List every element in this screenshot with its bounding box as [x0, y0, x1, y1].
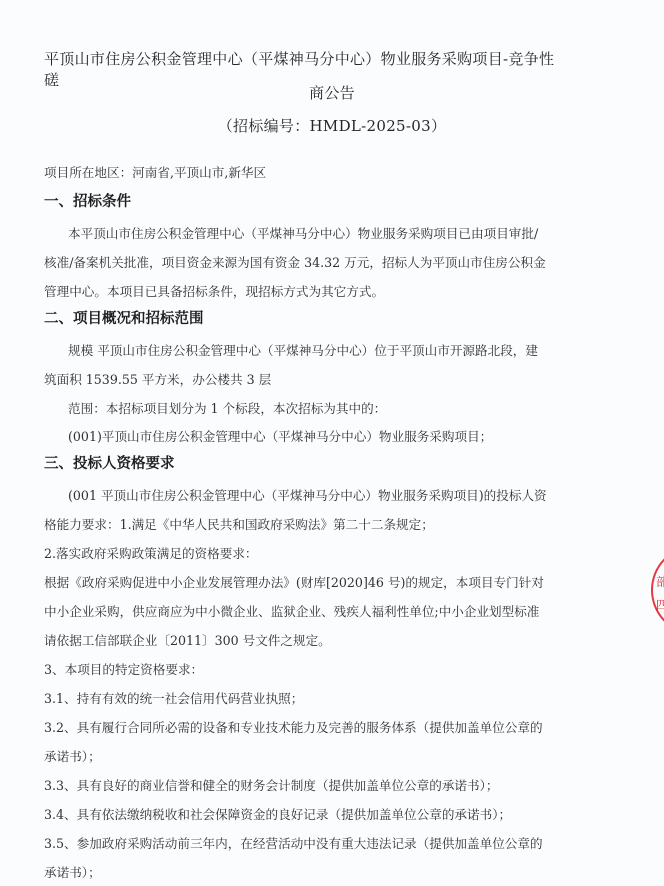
section-3-line: 承诺书）；: [44, 862, 101, 881]
stamp-char: 部: [656, 573, 664, 590]
document-title-line2: 商公告: [0, 82, 664, 103]
document-page: 平顶山市住房公积金管理中心（平煤神马分中心）物业服务采购项目-竞争性磋 商公告 …: [0, 0, 664, 886]
section-2-line: 规模 平顶山市住房公积金管理中心（平煤神马分中心）位于平顶山市开源路北段，建: [68, 340, 538, 359]
official-seal-stamp: [651, 545, 664, 635]
section-1-line: 管理中心。本项目已具备招标条件，现招标方式为其它方式。: [44, 281, 384, 300]
section-3-line: 中小企业采购，供应商应为中小微企业、监狱企业、残疾人福利性单位;中小企业划型标准: [44, 601, 539, 620]
section-1-line: 核准/备案机关批准，项目资金来源为国有资金 34.32 万元，招标人为平顶山市住…: [44, 252, 546, 271]
section-3-line: 3.2、具有履行合同所必需的设备和专业技术能力及完善的服务体系（提供加盖单位公章…: [44, 717, 543, 736]
section-3-line: 请依据工信部联企业〔2011〕300 号文件之规定。: [44, 630, 331, 649]
section-heading-bidding-conditions: 一、招标条件: [44, 190, 131, 211]
section-3-line: 3、本项目的特定资格要求：: [44, 659, 203, 678]
tender-number: （招标编号：HMDL-2025-03）: [0, 115, 664, 136]
section-3-line: 3.1、持有有效的统一社会信用代码营业执照；: [44, 688, 303, 707]
project-region: 项目所在地区：河南省,平顶山市,新华区: [44, 162, 266, 181]
section-3-line: 承诺书）；: [44, 746, 101, 765]
section-2-line: (001)平顶山市住房公积金管理中心（平煤神马分中心）物业服务采购项目；: [68, 426, 492, 445]
section-heading-project-overview: 二、项目概况和招标范围: [44, 307, 204, 328]
section-3-line: 格能力要求：1.满足《中华人民共和国政府采购法》第二十二条规定；: [44, 514, 434, 533]
section-3-line: 3.3、具有良好的商业信誉和健全的财务会计制度（提供加盖单位公章的承诺书）；: [44, 775, 499, 794]
section-2-line: 筑面积 1539.55 平方米，办公楼共 3 层: [44, 369, 271, 388]
section-1-line: 本平顶山市住房公积金管理中心（平煤神马分中心）物业服务采购项目已由项目审批/: [68, 223, 538, 242]
section-3-line: 根据《政府采购促进中小企业发展管理办法》(财库[2020]46 号)的规定，本项…: [44, 572, 544, 591]
section-3-line: 2.落实政府采购政策满足的资格要求：: [44, 543, 258, 562]
section-3-line: 3.5、参加政府采购活动前三年内，在经营活动中没有重大违法记录（提供加盖单位公章…: [44, 833, 543, 852]
section-3-line: (001 平顶山市住房公积金管理中心（平煤神马分中心）物业服务采购项目)的投标人…: [68, 485, 547, 504]
stamp-char: 四: [656, 596, 664, 613]
section-2-line: 范围：本招标项目划分为 1 个标段，本次招标为其中的：: [68, 398, 386, 417]
section-3-line: 3.4、具有依法缴纳税收和社会保障资金的良好记录（提供加盖单位公章的承诺书）；: [44, 804, 511, 823]
section-heading-bidder-qualifications: 三、投标人资格要求: [44, 452, 175, 473]
